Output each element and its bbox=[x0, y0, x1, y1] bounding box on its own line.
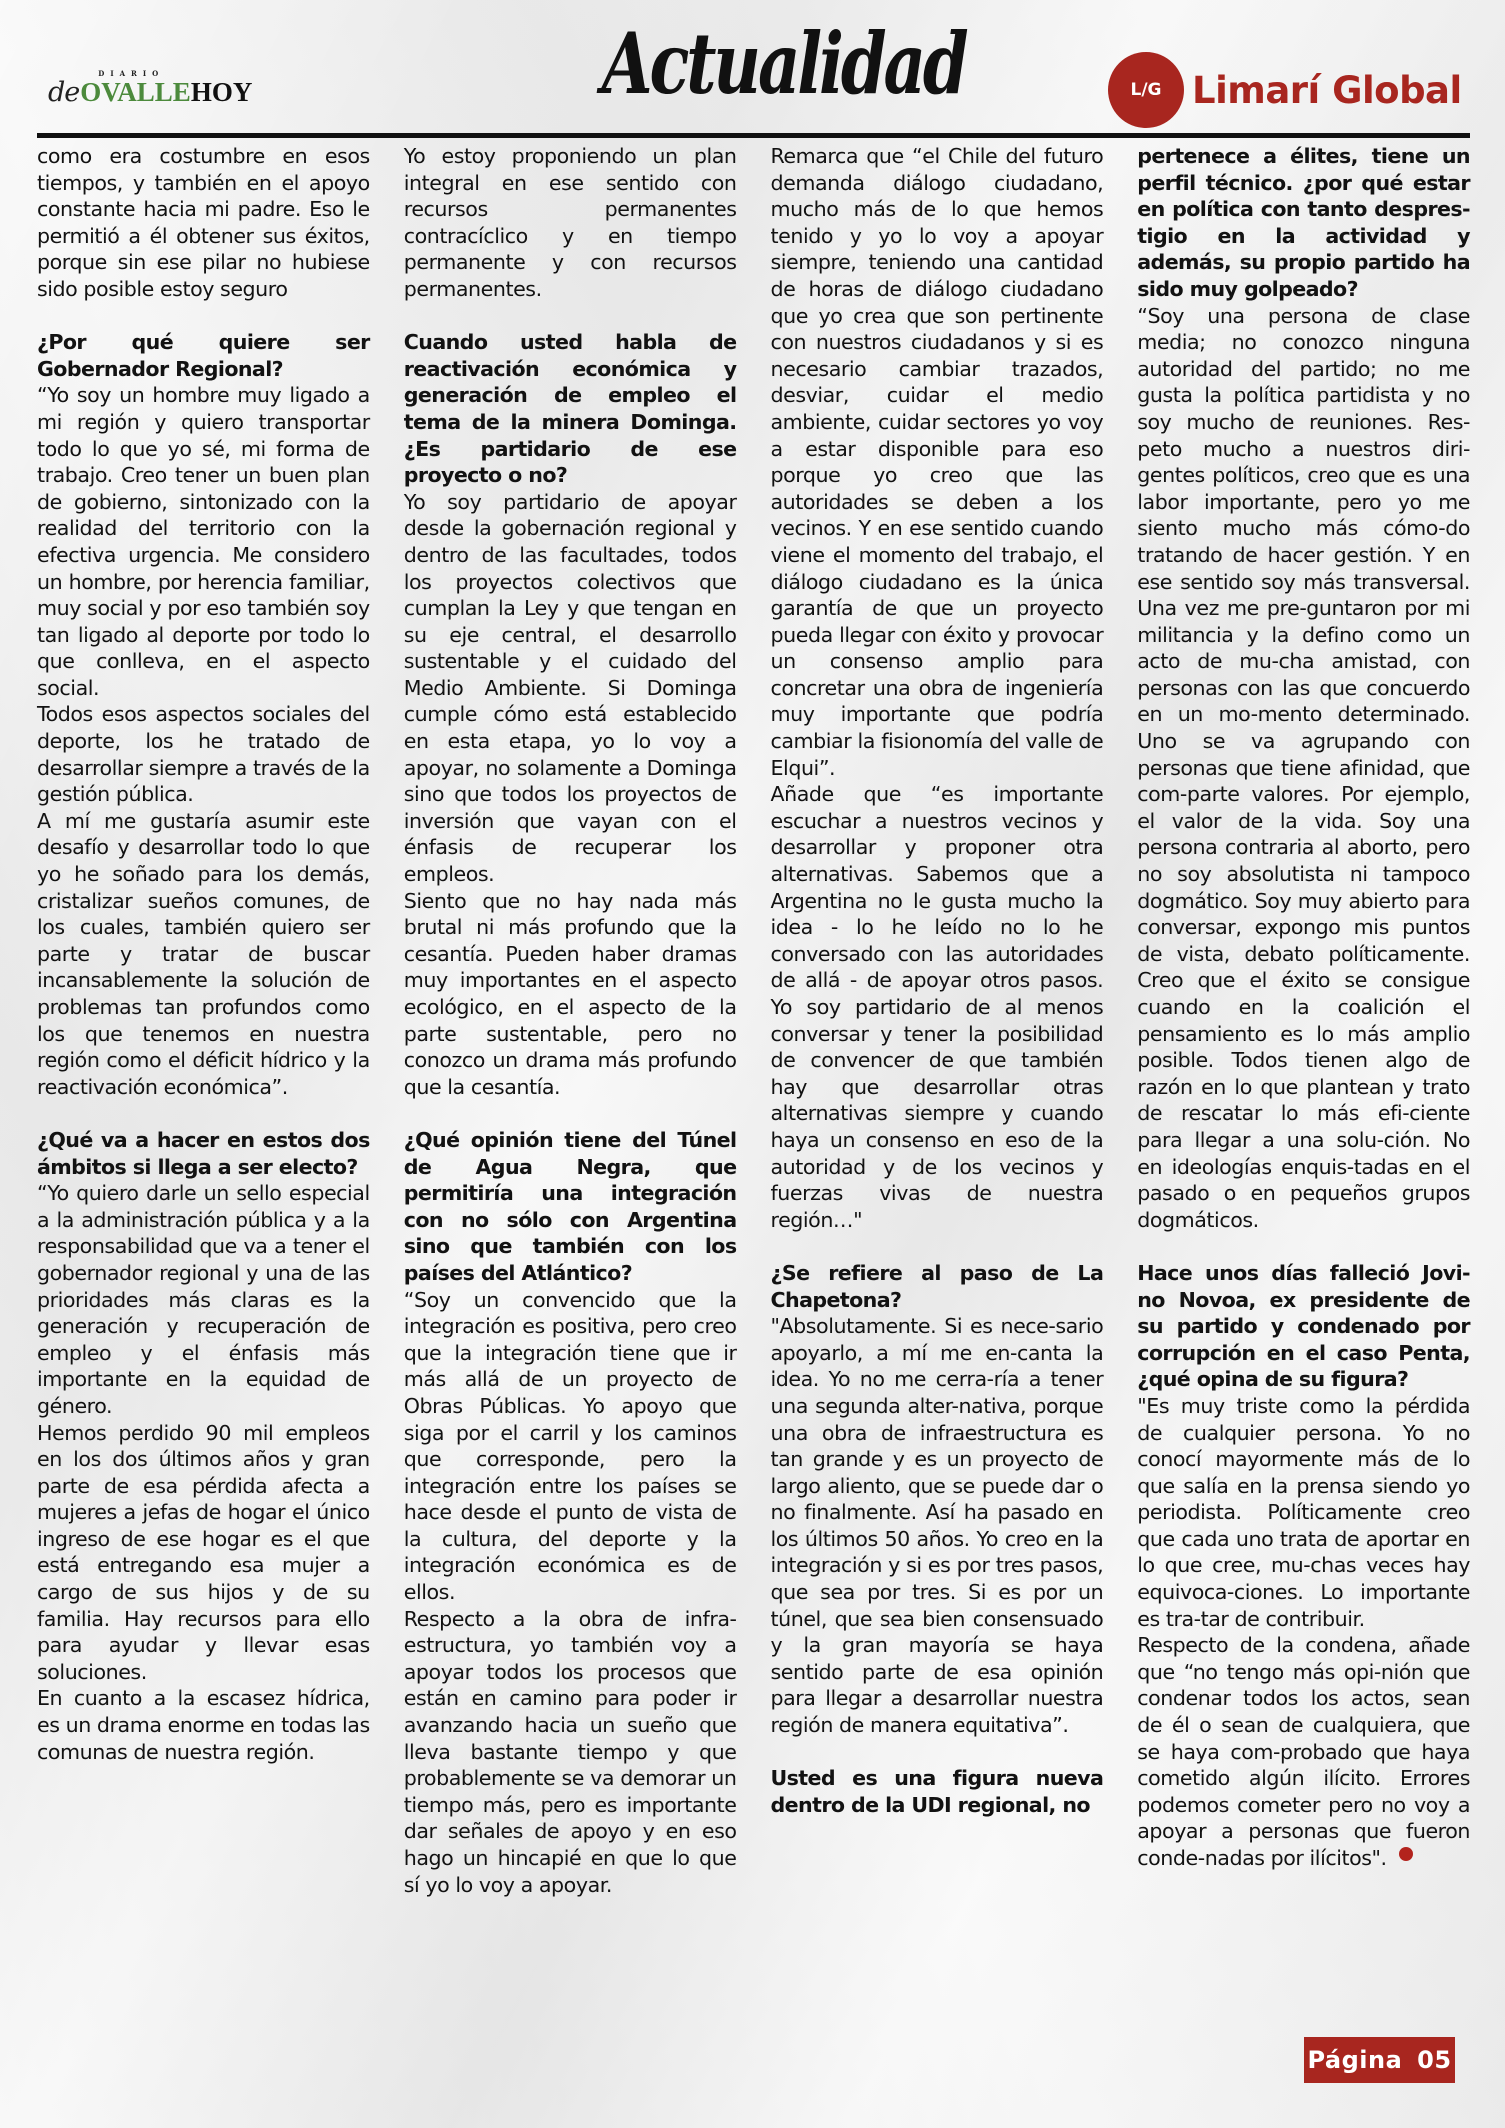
paragraph-text: Respecto de la condena, añade que “no te… bbox=[1137, 1633, 1470, 1870]
logo-ovalle-wrap: DIARIO OVALLE bbox=[80, 77, 191, 108]
body-paragraph: Respecto a la obra de infra-estructura, … bbox=[404, 1606, 737, 1899]
paragraph-text: ¿Qué va a hacer en estos dos ámbitos si … bbox=[37, 1128, 370, 1179]
paragraph-text: Remarca que “el Chile del futuro demanda… bbox=[771, 144, 1104, 780]
body-paragraph: En cuanto a la escasez hídrica, es un dr… bbox=[37, 1685, 370, 1765]
page-number-badge: Página 05 bbox=[1304, 2037, 1455, 2083]
logo-main-text: OVALLE bbox=[80, 77, 191, 107]
body-paragraph: como era costumbre en esos tiempos, y ta… bbox=[37, 143, 370, 303]
paragraph-text: como era costumbre en esos tiempos, y ta… bbox=[37, 144, 370, 301]
body-paragraph: Todos esos aspectos sociales del deporte… bbox=[37, 701, 370, 807]
paragraph-text: Usted es una figura nueva dentro de la U… bbox=[771, 1766, 1104, 1817]
body-paragraph: Respecto de la condena, añade que “no te… bbox=[1137, 1632, 1470, 1871]
paragraph-text: Yo estoy proponiendo un plan integral en… bbox=[404, 144, 737, 301]
paragraph-spacer bbox=[404, 303, 737, 330]
paragraph-text: pertenece a élites, tiene un perfil técn… bbox=[1137, 144, 1470, 301]
body-paragraph: “Soy una persona de clase media; no cono… bbox=[1137, 303, 1470, 1234]
paragraph-text: A mí me gustaría asumir este desafío y d… bbox=[37, 809, 370, 1099]
paragraph-text: “Yo soy un hombre muy ligado a mi región… bbox=[37, 383, 370, 700]
paragraph-text: “Soy una persona de clase media; no cono… bbox=[1137, 304, 1470, 1232]
interview-question: Cuando usted habla de reactivación econó… bbox=[404, 329, 737, 489]
body-paragraph: Yo soy partidario de apoyar desde la gob… bbox=[404, 489, 737, 888]
body-paragraph: Añade que “es importante escuchar a nues… bbox=[771, 781, 1104, 1233]
lg-circle-icon: L/G bbox=[1108, 52, 1184, 128]
body-paragraph: “Soy un convencido que la integración es… bbox=[404, 1287, 737, 1606]
diario-ovalle-hoy-logo: de DIARIO OVALLE HOY bbox=[48, 68, 252, 108]
limari-global-logo: L/G Limarí Global bbox=[1108, 50, 1462, 130]
body-paragraph: “Yo soy un hombre muy ligado a mi región… bbox=[37, 382, 370, 701]
paragraph-spacer bbox=[1137, 1233, 1470, 1260]
paragraph-text: ¿Se refiere al paso de La Chapetona? bbox=[771, 1261, 1104, 1312]
article-column-4: pertenece a élites, tiene un perfil técn… bbox=[1137, 143, 1470, 2003]
paragraph-text: Cuando usted habla de reactivación econó… bbox=[404, 330, 737, 487]
paragraph-text: Yo soy partidario de apoyar desde la gob… bbox=[404, 490, 737, 886]
paragraph-text: Respecto a la obra de infra-estructura, … bbox=[404, 1607, 737, 1897]
article-column-2: Yo estoy proponiendo un plan integral en… bbox=[404, 143, 737, 2003]
header-divider bbox=[37, 133, 1470, 138]
paragraph-text: “Soy un convencido que la integración es… bbox=[404, 1288, 737, 1605]
interview-question: ¿Por qué quiere ser Gobernador Regional? bbox=[37, 329, 370, 382]
lg-badge-text: L/G bbox=[1131, 80, 1162, 100]
limari-global-name: Limarí Global bbox=[1192, 69, 1462, 112]
paragraph-text: "Es muy triste como la pérdida de cualqu… bbox=[1137, 1394, 1470, 1631]
paragraph-text: "Absolutamente. Si es nece-sario apoyarl… bbox=[771, 1314, 1104, 1737]
page-header: de DIARIO OVALLE HOY Actualidad L/G Lima… bbox=[0, 0, 1505, 140]
article-body: como era costumbre en esos tiempos, y ta… bbox=[37, 143, 1470, 2003]
paragraph-text: “Yo quiero darle un sello especial a la … bbox=[37, 1181, 370, 1418]
paragraph-text: Siento que no hay nada más brutal ni más… bbox=[404, 889, 737, 1099]
paragraph-text: Hace unos días falleció Jovi-no Novoa, e… bbox=[1137, 1261, 1470, 1391]
paragraph-text: Hemos perdido 90 mil empleos en los dos … bbox=[37, 1421, 370, 1684]
interview-question: Usted es una figura nueva dentro de la U… bbox=[771, 1765, 1104, 1818]
section-title: Actualidad bbox=[602, 22, 898, 106]
interview-question: ¿Qué opinión tiene del Túnel de Agua Neg… bbox=[404, 1127, 737, 1287]
interview-question: pertenece a élites, tiene un perfil técn… bbox=[1137, 143, 1470, 303]
paragraph-spacer bbox=[37, 1100, 370, 1127]
body-paragraph: Remarca que “el Chile del futuro demanda… bbox=[771, 143, 1104, 781]
paragraph-text: ¿Por qué quiere ser Gobernador Regional? bbox=[37, 330, 370, 381]
paragraph-text: Añade que “es importante escuchar a nues… bbox=[771, 782, 1104, 1232]
paragraph-text: ¿Qué opinión tiene del Túnel de Agua Neg… bbox=[404, 1128, 737, 1285]
page-number-label: Página 05 bbox=[1307, 2046, 1451, 2074]
logo-suffix: HOY bbox=[191, 77, 253, 108]
article-column-1: como era costumbre en esos tiempos, y ta… bbox=[37, 143, 370, 2003]
body-paragraph: A mí me gustaría asumir este desafío y d… bbox=[37, 808, 370, 1101]
body-paragraph: "Absolutamente. Si es nece-sario apoyarl… bbox=[771, 1313, 1104, 1739]
interview-question: ¿Se refiere al paso de La Chapetona? bbox=[771, 1260, 1104, 1313]
interview-question: ¿Qué va a hacer en estos dos ámbitos si … bbox=[37, 1127, 370, 1180]
body-paragraph: Siento que no hay nada más brutal ni más… bbox=[404, 888, 737, 1101]
body-paragraph: Hemos perdido 90 mil empleos en los dos … bbox=[37, 1420, 370, 1686]
logo-small-text: DIARIO bbox=[98, 69, 164, 78]
body-paragraph: “Yo quiero darle un sello especial a la … bbox=[37, 1180, 370, 1419]
interview-question: Hace unos días falleció Jovi-no Novoa, e… bbox=[1137, 1260, 1470, 1393]
paragraph-spacer bbox=[771, 1739, 1104, 1766]
paragraph-text: Todos esos aspectos sociales del deporte… bbox=[37, 702, 370, 806]
logo-prefix: de bbox=[48, 77, 79, 108]
paragraph-spacer bbox=[771, 1233, 1104, 1260]
body-paragraph: "Es muy triste como la pérdida de cualqu… bbox=[1137, 1393, 1470, 1632]
body-paragraph: Yo estoy proponiendo un plan integral en… bbox=[404, 143, 737, 303]
article-column-3: Remarca que “el Chile del futuro demanda… bbox=[771, 143, 1104, 2003]
article-end-dot-icon bbox=[1399, 1847, 1413, 1861]
paragraph-spacer bbox=[404, 1100, 737, 1127]
paragraph-text: En cuanto a la escasez hídrica, es un dr… bbox=[37, 1686, 370, 1763]
paragraph-spacer bbox=[37, 303, 370, 330]
